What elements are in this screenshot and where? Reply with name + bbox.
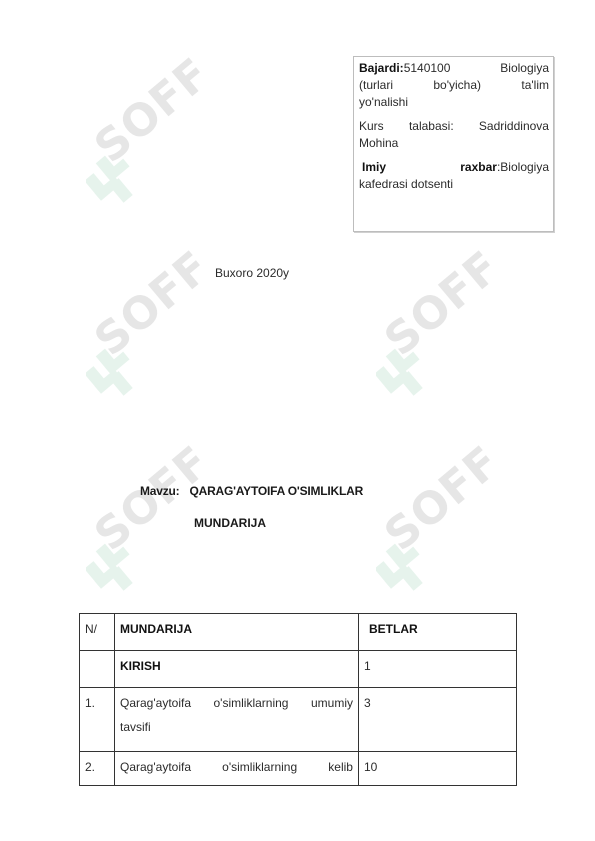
watermark: SOFF bbox=[78, 92, 248, 222]
watermark-text: SOFF bbox=[375, 241, 510, 366]
watermark-text: SOFF bbox=[85, 48, 220, 173]
row-content: Qarag'aytoifa o'simliklarning kelib bbox=[115, 752, 359, 786]
watermark: SOFF bbox=[78, 480, 248, 610]
toc-table: N/ MUNDARIJA BETLAR KIRISH 1 1. Qarag'ay… bbox=[79, 613, 517, 786]
watermark: SOFF bbox=[368, 480, 538, 610]
author-info-box: Bajardi:5140100 Biologiya (turlari bo'yi… bbox=[353, 56, 554, 232]
table-row: 2. Qarag'aytoifa o'simliklarning kelib 1… bbox=[80, 752, 517, 786]
watermark-text: SOFF bbox=[85, 241, 220, 366]
soff-logo-icon bbox=[86, 152, 142, 212]
row-pages: 1 bbox=[359, 651, 517, 688]
topic-label: Mavzu: bbox=[140, 484, 179, 498]
watermark-text: SOFF bbox=[375, 436, 510, 561]
row-content: Qarag'aytoifa o'simliklarning umumiy tav… bbox=[115, 688, 359, 752]
header-num: N/ bbox=[80, 614, 115, 651]
performer-info: Bajardi:5140100 Biologiya (turlari bo'yi… bbox=[359, 60, 549, 111]
header-pages: BETLAR bbox=[359, 614, 517, 651]
toc-heading: MUNDARIJA bbox=[194, 516, 266, 530]
soff-logo-icon bbox=[376, 540, 432, 600]
topic-line: Mavzu:QARAG'AYTOIFA O'SIMLIKLAR bbox=[140, 484, 363, 498]
row-num: 1. bbox=[80, 688, 115, 752]
row-pages: 10 bbox=[359, 752, 517, 786]
watermark-text: SOFF bbox=[85, 436, 220, 561]
topic-title: QARAG'AYTOIFA O'SIMLIKLAR bbox=[189, 484, 363, 498]
row-pages: 3 bbox=[359, 688, 517, 752]
watermark: SOFF bbox=[368, 285, 538, 415]
performer-label: Bajardi: bbox=[359, 61, 404, 75]
header-content: MUNDARIJA bbox=[115, 614, 359, 651]
city-year: Buxoro 2020y bbox=[215, 266, 289, 280]
soff-logo-icon bbox=[86, 540, 142, 600]
table-header-row: N/ MUNDARIJA BETLAR bbox=[80, 614, 517, 651]
table-row: 1. Qarag'aytoifa o'simliklarning umumiy … bbox=[80, 688, 517, 752]
row-content: KIRISH bbox=[115, 651, 359, 688]
soff-logo-icon bbox=[376, 345, 432, 405]
soff-logo-icon bbox=[86, 345, 142, 405]
row-num: 2. bbox=[80, 752, 115, 786]
supervisor-info: Imiy raxbar:Biologiya kafedrasi dotsenti bbox=[359, 159, 549, 193]
watermark: SOFF bbox=[78, 285, 248, 415]
table-row: KIRISH 1 bbox=[80, 651, 517, 688]
student-info: Kurs talabasi: Sadriddinova Mohina bbox=[359, 118, 549, 152]
supervisor-label: Imiy bbox=[359, 159, 386, 176]
row-num bbox=[80, 651, 115, 688]
